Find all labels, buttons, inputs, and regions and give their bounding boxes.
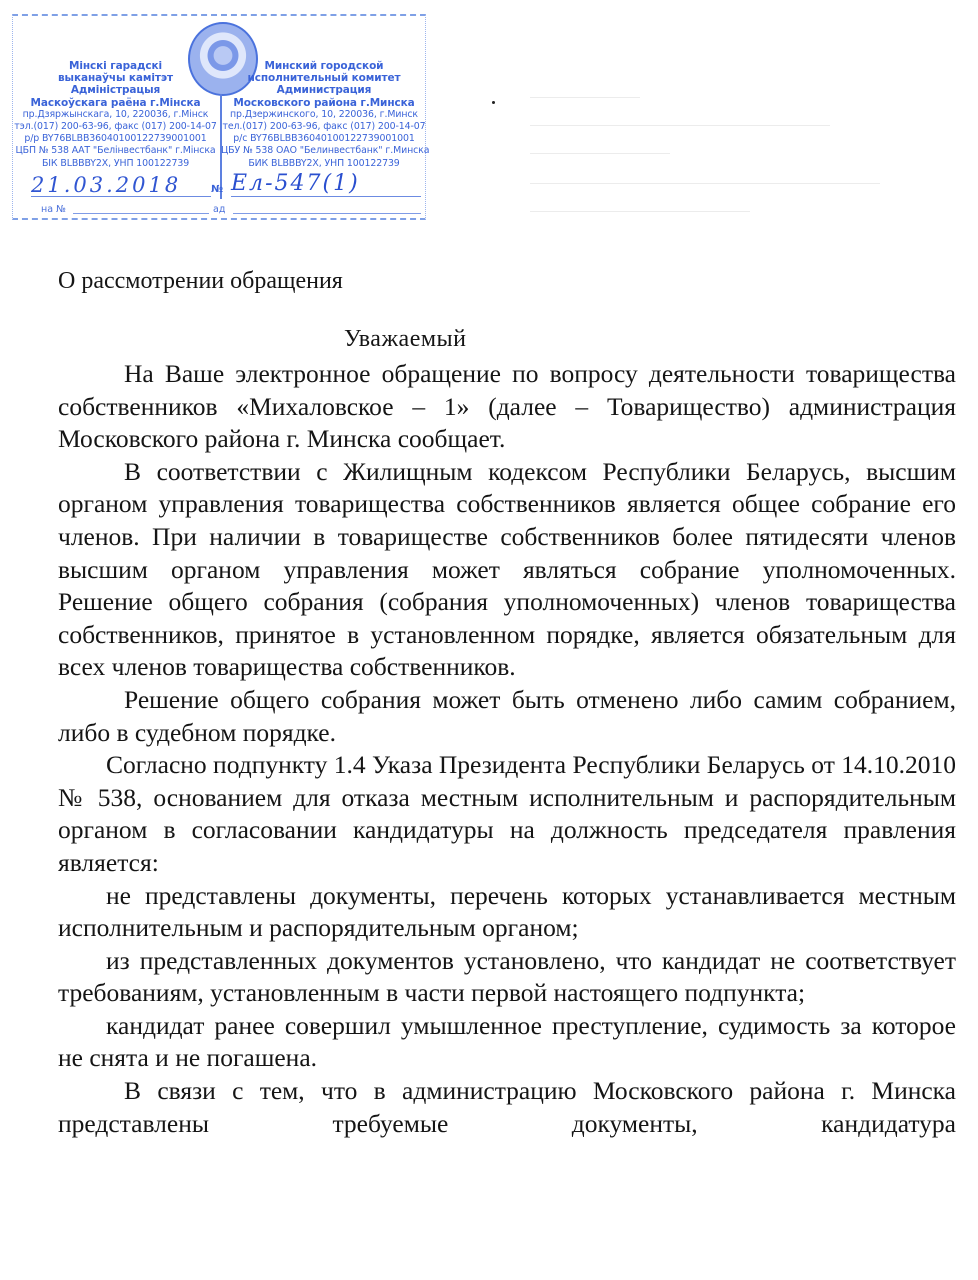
redacted-line — [530, 97, 640, 98]
list-item: кандидат ранее совершил умышленное прест… — [58, 1010, 956, 1075]
stamp-from-label: ад — [213, 204, 225, 215]
redacted-recipient-block — [490, 85, 960, 225]
stamp-line: Минский городской — [221, 60, 427, 72]
stamp-line: Маскоўскага раёна г.Мінска — [13, 97, 218, 109]
stamp-number: Ел-547(1) — [231, 172, 421, 197]
paragraph: Согласно подпункту 1.4 Указа Президента … — [58, 749, 956, 879]
registration-stamp: Мінскі гарадскі выканаўчы камітэт Адміні… — [12, 14, 426, 220]
stamp-reply-to-label: на № — [41, 204, 66, 215]
letter-greeting: Уважаемый — [344, 326, 467, 353]
stamp-line: исполнительный комитет — [221, 72, 427, 84]
redacted-line — [530, 125, 830, 126]
stamp-number-label: № — [211, 184, 223, 195]
stamp-line: р/с BY76BLBB36040100122739001001 — [221, 133, 427, 145]
redacted-line — [530, 183, 880, 184]
stamp-line: тэл.(017) 200-63-96, факс (017) 200-14-0… — [13, 121, 218, 133]
stamp-line: тел.(017) 200-63-96, факс (017) 200-14-0… — [221, 121, 427, 133]
paragraph: На Ваше электронное обращение по вопросу… — [58, 358, 956, 456]
stamp-russian-column: Минский городской исполнительный комитет… — [221, 60, 427, 170]
document-page: Мінскі гарадскі выканаўчы камітэт Адміні… — [0, 0, 978, 1280]
stamp-from-line — [233, 213, 421, 214]
stamp-line: пр.Дзержинского, 10, 220036, г.Минск — [221, 109, 427, 121]
paragraph: В соответствии с Жилищным кодексом Респу… — [58, 456, 956, 684]
stamp-belarusian-column: Мінскі гарадскі выканаўчы камітэт Адміні… — [13, 60, 218, 170]
stamp-line: БИК BLBBBY2X, УНП 100122739 — [221, 158, 427, 170]
stamp-line: ЦБУ № 538 ОАО "Белинвестбанк" г.Минска — [221, 145, 427, 157]
letter-body: На Ваше электронное обращение по вопросу… — [58, 358, 956, 1140]
stamp-line: Мінскі гарадскі — [13, 60, 218, 72]
stamp-line: ЦБП № 538 ААТ "Белінвестбанк" г.Мінска — [13, 145, 218, 157]
bullet-mark — [492, 101, 495, 104]
redacted-line — [530, 211, 750, 212]
stamp-date: 21.03.2018 — [31, 174, 211, 197]
stamp-line: р/р BY76BLBB36040100122739001001 — [13, 133, 218, 145]
paragraph: Решение общего собрания может быть отмен… — [58, 684, 956, 749]
stamp-line: Московского района г.Минска — [221, 97, 427, 109]
stamp-line: выканаўчы камітэт — [13, 72, 218, 84]
list-item: не представлены документы, перечень кото… — [58, 880, 956, 945]
redacted-line — [530, 153, 670, 154]
stamp-line: Администрация — [221, 84, 427, 96]
list-item: из представленных документов установлено… — [58, 945, 956, 1010]
stamp-reply-to-line — [73, 213, 209, 214]
paragraph: В связи с тем, что в администрацию Моско… — [58, 1075, 956, 1140]
stamp-line: Адміністрацыя — [13, 84, 218, 96]
stamp-line: БІК BLBBBY2X, УНП 100122739 — [13, 158, 218, 170]
stamp-line: пр.Дзяржынскага, 10, 220036, г.Мінск — [13, 109, 218, 121]
letter-subject: О рассмотрении обращения — [58, 268, 343, 295]
